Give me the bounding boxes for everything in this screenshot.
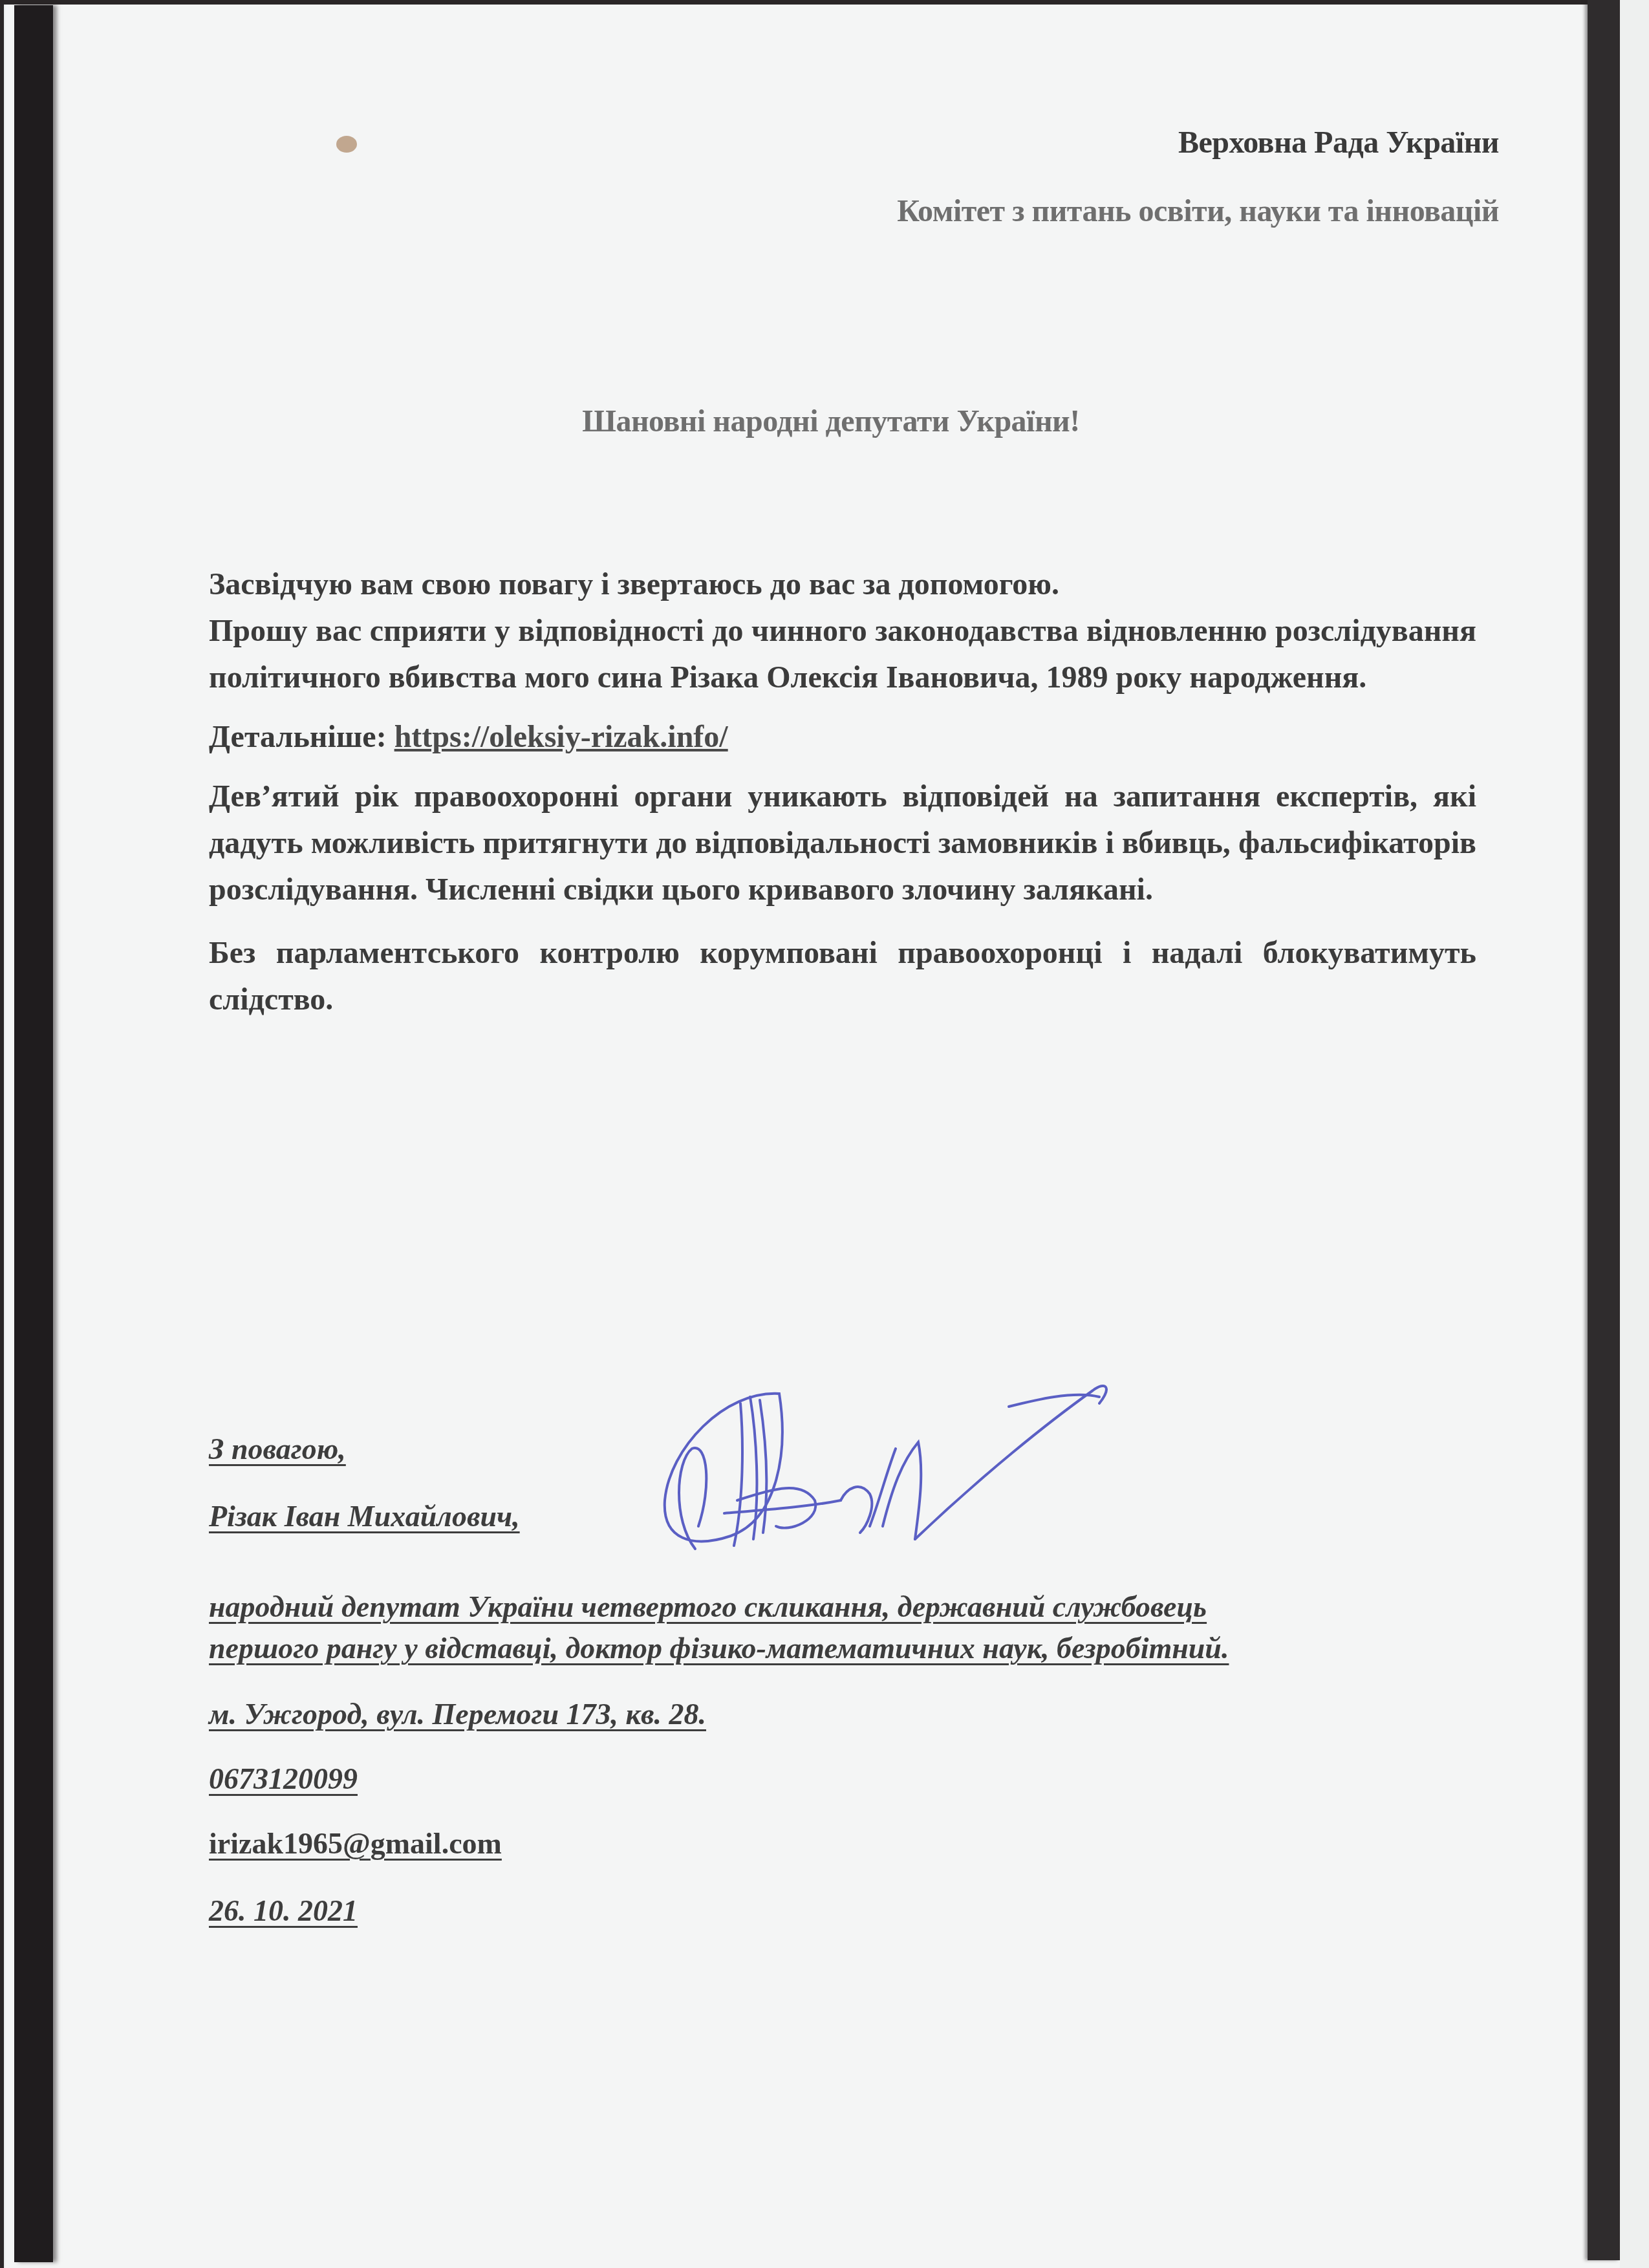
- signer-name: Різак Іван Михайлович,: [209, 1502, 520, 1531]
- signer-address: м. Ужгород, вул. Перемоги 173, кв. 28.: [209, 1700, 706, 1729]
- scan-margin-right: [1620, 0, 1649, 2268]
- paper-stain: [336, 136, 357, 153]
- letter-date: 26. 10. 2021: [209, 1896, 358, 1926]
- scan-shadow-right: [1588, 0, 1620, 2260]
- signer-phone: 0673120099: [209, 1764, 358, 1794]
- scan-edge-left: [0, 0, 4, 2268]
- details-line: Детальніше: https://oleksiy-rizak.info/: [209, 714, 1476, 761]
- signer-title-line2: першого рангу у відставці, доктор фізико…: [209, 1634, 1229, 1663]
- salutation: Шановні народні депутати України!: [0, 406, 1649, 437]
- scan-edge-top: [0, 0, 1649, 5]
- details-label: Детальніше:: [209, 720, 387, 754]
- body-intro: Засвідчую вам свою повагу і звертаюсь до…: [209, 561, 1476, 608]
- signer-email[interactable]: irizak1965@gmail.com: [209, 1829, 502, 1859]
- addressee-line2: Комітет з питань освіти, науки та іннова…: [897, 196, 1499, 227]
- body-paragraph-2: Дев’ятий рік правоохоронні органи уникаю…: [209, 773, 1476, 913]
- signer-title-line1: народний депутат України четвертого скли…: [209, 1592, 1207, 1622]
- body-request: Прошу вас сприяти у відповідності до чин…: [209, 608, 1476, 701]
- closing: З повагою,: [209, 1434, 346, 1464]
- document-page: [5, 4, 1635, 2268]
- letter-body: Засвідчую вам свою повагу і звертаюсь до…: [209, 561, 1476, 1023]
- details-link[interactable]: https://oleksiy-rizak.info/: [394, 720, 728, 754]
- scan-shadow-left: [14, 5, 53, 2262]
- body-paragraph-3: Без парламентського контролю корумповані…: [209, 930, 1476, 1023]
- addressee-line1: Верховна Рада України: [1178, 127, 1499, 158]
- handwritten-signature: [647, 1371, 1293, 1565]
